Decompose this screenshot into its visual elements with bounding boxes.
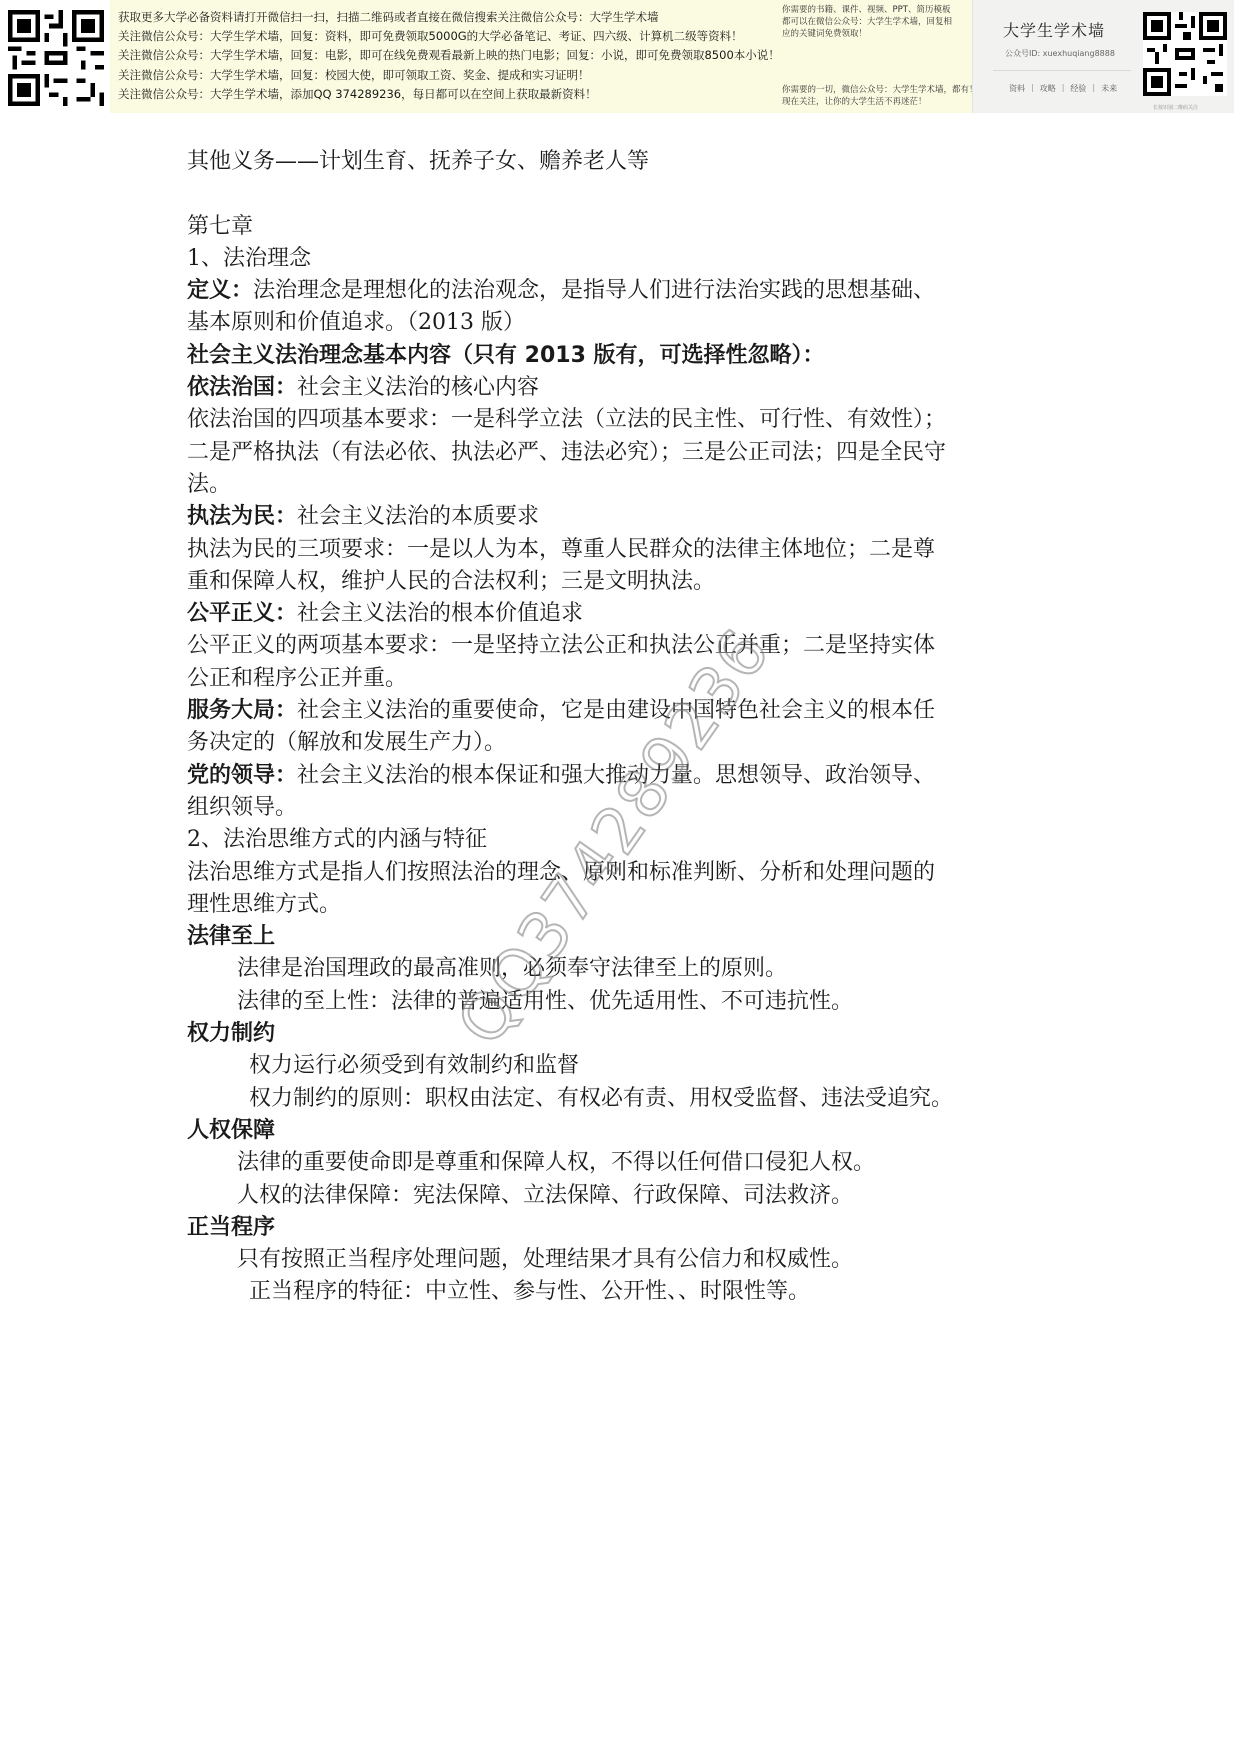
principle-label: 依法治国： — [187, 375, 297, 400]
qr-code-right-icon[interactable] — [1143, 12, 1227, 96]
principle-detail: 重和保障人权，维护人民的合法权利；三是文明执法。 — [187, 566, 1067, 598]
principle-heading: 党的领导：社会主义法治的根本保证和强大推动力量。思想领导、政治领导、 — [187, 760, 1067, 792]
promo-side-line: 你需要的书籍、课件、视频、PPT、简历模板 — [782, 4, 952, 16]
promo-line: 关注微信公众号：大学生学术墙，添加QQ 374289236，每日都可以在空间上获… — [118, 85, 780, 104]
ad-banner: 获取更多大学必备资料请打开微信扫一扫，扫描二维码或者直接在微信搜索关注微信公众号… — [0, 0, 1241, 115]
qr-code-left-icon[interactable] — [8, 10, 104, 106]
spacer — [187, 178, 1067, 210]
principle-summary: 社会主义法治的核心内容 — [297, 375, 539, 400]
document-body: 其他义务——计划生育、抚养子女、赡养老人等 第七章 1、法治理念 定义：法治理念… — [187, 146, 1067, 1309]
principle-detail: 法。 — [187, 469, 1067, 501]
section-definition: 法治思维方式是指人们按照法治的理念、原则和标准判断、分析和处理问题的 — [187, 857, 1067, 889]
promo-line: 关注微信公众号：大学生学术墙，回复：校园大使，即可领取工资、奖金、提成和实习证明… — [118, 66, 780, 85]
principle-detail: 公正和程序公正并重。 — [187, 663, 1067, 695]
basic-content-heading: 社会主义法治理念基本内容（只有 2013 版有，可选择性忽略）： — [187, 340, 1067, 372]
promo-lines: 获取更多大学必备资料请打开微信扫一扫，扫描二维码或者直接在微信搜索关注微信公众号… — [118, 8, 780, 104]
link-guides[interactable]: 攻略 — [1040, 83, 1056, 94]
link-experience[interactable]: 经验 — [1070, 83, 1086, 94]
section-heading: 2、法治思维方式的内涵与特征 — [187, 824, 1067, 856]
feature-title: 法律至上 — [187, 921, 1067, 953]
account-card: 大学生学术墙 公众号ID: xuexhuqiang8888 资料 | 攻略 | … — [972, 0, 1234, 113]
account-title: 大学生学术墙 — [1003, 18, 1105, 41]
promo-side-top: 你需要的书籍、课件、视频、PPT、简历模板 都可以在微信公众号：大学生学术墙，回… — [782, 4, 952, 40]
promo-side-line: 现在关注，让你的大学生活不再迷茫！ — [782, 96, 978, 108]
section-definition: 理性思维方式。 — [187, 889, 1067, 921]
promo-line: 关注微信公众号：大学生学术墙，回复：资料，即可免费领取5000G的大学必备笔记、… — [118, 27, 780, 46]
promo-side-line: 都可以在微信公众号：大学生学术墙，回复相 — [782, 16, 952, 28]
principle-summary: 社会主义法治的重要使命，它是由建设中国特色社会主义的根本任 — [297, 698, 935, 723]
promo-side-bottom: 你需要的一切，微信公众号：大学生学术墙，都有！ 现在关注，让你的大学生活不再迷茫… — [782, 84, 978, 108]
promo-line: 获取更多大学必备资料请打开微信扫一扫，扫描二维码或者直接在微信搜索关注微信公众号… — [118, 8, 780, 27]
definition-line: 基本原则和价值追求。（2013 版） — [187, 307, 1067, 339]
feature-point: 权力制约的原则：职权由法定、有权必有责、用权受监督、违法受追究。 — [187, 1083, 1067, 1115]
link-future[interactable]: 未来 — [1101, 83, 1117, 94]
principle-detail: 执法为民的三项要求：一是以人为本，尊重人民群众的法律主体地位；二是尊 — [187, 534, 1067, 566]
feature-point: 只有按照正当程序处理问题，处理结果才具有公信力和权威性。 — [187, 1244, 1067, 1276]
principle-heading: 依法治国：社会主义法治的核心内容 — [187, 372, 1067, 404]
feature-point: 法律的重要使命即是尊重和保障人权，不得以任何借口侵犯人权。 — [187, 1147, 1067, 1179]
account-id: 公众号ID: xuexhuqiang8888 — [1005, 48, 1115, 59]
feature-point: 法律的至上性：法律的普遍适用性、优先适用性、不可违抗性。 — [187, 986, 1067, 1018]
feature-point: 正当程序的特征：中立性、参与性、公开性、、时限性等。 — [187, 1276, 1067, 1308]
feature-title: 人权保障 — [187, 1115, 1067, 1147]
chapter-heading: 第七章 — [187, 211, 1067, 243]
feature-point: 权力运行必须受到有效制约和监督 — [187, 1050, 1067, 1082]
promo-side-line: 应的关键词免费领取！ — [782, 28, 952, 40]
account-links: 资料 | 攻略 | 经验 | 未来 — [1009, 83, 1117, 94]
separator: | — [1062, 83, 1065, 94]
principle-label: 服务大局： — [187, 698, 297, 723]
principle-detail: 务决定的（解放和发展生产力）。 — [187, 727, 1067, 759]
principle-detail: 组织领导。 — [187, 792, 1067, 824]
link-materials[interactable]: 资料 — [1009, 83, 1025, 94]
promo-line: 关注微信公众号：大学生学术墙，回复：电影，即可在线免费观看最新上映的热门电影；回… — [118, 46, 780, 65]
divider — [993, 70, 1131, 71]
principle-label: 公平正义： — [187, 601, 297, 626]
principle-summary: 社会主义法治的根本保证和强大推动力量。思想领导、政治领导、 — [297, 763, 935, 788]
principle-summary: 社会主义法治的本质要求 — [297, 504, 539, 529]
principle-detail: 公平正义的两项基本要求：一是坚持立法公正和执法公正并重；二是坚持实体 — [187, 630, 1067, 662]
feature-title: 正当程序 — [187, 1212, 1067, 1244]
section-heading: 1、法治理念 — [187, 243, 1067, 275]
principle-heading: 服务大局：社会主义法治的重要使命，它是由建设中国特色社会主义的根本任 — [187, 695, 1067, 727]
feature-point: 法律是治国理政的最高准则，必须奉守法律至上的原则。 — [187, 953, 1067, 985]
definition-text: 法治理念是理想化的法治观念，是指导人们进行法治实践的思想基础、 — [253, 278, 935, 303]
feature-title: 权力制约 — [187, 1018, 1067, 1050]
intro-line: 其他义务——计划生育、抚养子女、赡养老人等 — [187, 146, 1067, 178]
principle-label: 党的领导： — [187, 763, 297, 788]
separator: | — [1092, 83, 1095, 94]
principle-heading: 执法为民：社会主义法治的本质要求 — [187, 501, 1067, 533]
definition-label: 定义： — [187, 278, 253, 303]
principle-heading: 公平正义：社会主义法治的根本价值追求 — [187, 598, 1067, 630]
principle-detail: 依法治国的四项基本要求：一是科学立法（立法的民主性、可行性、有效性）； — [187, 404, 1067, 436]
principle-label: 执法为民： — [187, 504, 297, 529]
separator: | — [1031, 83, 1034, 94]
principle-summary: 社会主义法治的根本价值追求 — [297, 601, 583, 626]
promo-text-panel: 获取更多大学必备资料请打开微信扫一扫，扫描二维码或者直接在微信搜索关注微信公众号… — [110, 0, 972, 113]
principle-detail: 二是严格执法（有法必依、执法必严、违法必究）；三是公正司法；四是全民守 — [187, 437, 1067, 469]
qr-caption: 长按识别二维码关注 — [1153, 104, 1198, 111]
definition-line: 定义：法治理念是理想化的法治观念，是指导人们进行法治实践的思想基础、 — [187, 275, 1067, 307]
feature-point: 人权的法律保障：宪法保障、立法保障、行政保障、司法救济。 — [187, 1180, 1067, 1212]
promo-side-line: 你需要的一切，微信公众号：大学生学术墙，都有！ — [782, 84, 978, 96]
